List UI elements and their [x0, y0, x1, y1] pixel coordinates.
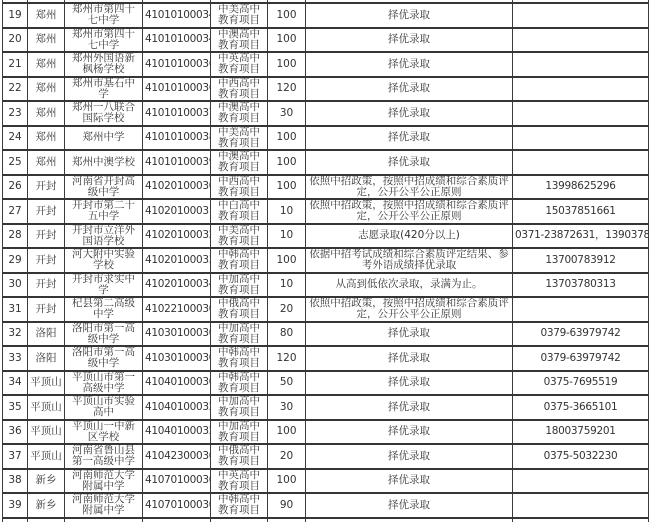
cell-city: 开封: [28, 224, 65, 249]
cell-school: 郑州中学: [65, 126, 143, 151]
cell-program: 中英高中教育项目: [211, 52, 268, 77]
partial-cell: [143, 518, 211, 522]
table-row: 32洛阳洛阳市第一高级中学410301000301中加高中教育项目80择优录取0…: [3, 322, 649, 347]
cell-policy: 择优录取: [306, 493, 513, 518]
cell-city: 开封: [28, 175, 65, 200]
cell-city: 开封: [28, 297, 65, 322]
partial-row-bottom: [3, 518, 649, 522]
cell-school: 开封市求实中学: [65, 273, 143, 298]
cell-policy: 依照中招政策，按照中招成绩和综合素质评定，公开公平公正原则: [306, 199, 513, 224]
cell-city: 洛阳: [28, 322, 65, 347]
cell-program: 中西高中教育项目: [211, 77, 268, 102]
cell-count: 100: [268, 469, 306, 494]
table-row: 27开封开封市第二十五中学410201000316中白高中教育项目10依照中招政…: [3, 199, 649, 224]
cell-city: 新乡: [28, 469, 65, 494]
table-row: 30开封开封市求实中学410201000349中加高中教育项目10从高到低依次录…: [3, 273, 649, 298]
cell-policy: 择优录取: [306, 52, 513, 77]
cell-policy: 志愿录取(420分以上): [306, 224, 513, 249]
cell-count: 10: [268, 199, 306, 224]
cell-city: 开封: [28, 273, 65, 298]
cell-phone: 0371-23872631，13903785228: [513, 224, 649, 249]
cell-phone: 13700783912: [513, 248, 649, 273]
cell-count: 80: [268, 322, 306, 347]
cell-phone: [513, 28, 649, 53]
cell-city: 平顶山: [28, 395, 65, 420]
cell-phone: [513, 150, 649, 175]
cell-count: 20: [268, 444, 306, 469]
cell-program: 中白高中教育项目: [211, 199, 268, 224]
cell-program: 中澳高中教育项目: [211, 28, 268, 53]
cell-school: 平顶山市实验高中: [65, 395, 143, 420]
cell-code: 410201000302: [143, 175, 211, 200]
cell-policy: 依照中招政策，按照中招成绩和综合素质评定，公开公平公正原则: [306, 175, 513, 200]
table-row: 38新乡河南师范大学附属中学410701000301中英高中教育项目100择优录…: [3, 469, 649, 494]
table-row: 26开封河南省开封高级中学410201000302中西高中教育项目100依照中招…: [3, 175, 649, 200]
cell-school: 平顶山一中新区学校: [65, 420, 143, 445]
cell-policy: 择优录取: [306, 444, 513, 469]
cell-program: 中俄高中教育项目: [211, 297, 268, 322]
table-row: 20郑州郑州市第四十七中学410101000347中澳高中教育项目100择优录取: [3, 28, 649, 53]
cell-policy: 择优录取: [306, 371, 513, 396]
cell-school: 河南师范大学附属中学: [65, 469, 143, 494]
partial-cell: [513, 518, 649, 522]
table-row: 29开封河大附中实验学校410201000330中韩高中教育项目100依据中招考…: [3, 248, 649, 273]
cell-program: 中美高中教育项目: [211, 224, 268, 249]
cell-policy: 择优录取: [306, 28, 513, 53]
table-row: 33洛阳洛阳市第一高级中学410301000301中韩高中教育项目120择优录取…: [3, 346, 649, 371]
cell-school: 河大附中实验学校: [65, 248, 143, 273]
table-row: 23郑州郑州一八联合国际学校410101000371中澳高中教育项目30择优录取: [3, 101, 649, 126]
cell-city: 郑州: [28, 101, 65, 126]
cell-count: 100: [268, 150, 306, 175]
cell-school: 河南省鲁山县第一高级中学: [65, 444, 143, 469]
cell-program: 中俄高中教育项目: [211, 444, 268, 469]
cell-no: 22: [3, 77, 28, 102]
partial-cell: [3, 518, 28, 522]
cell-no: 25: [3, 150, 28, 175]
cell-city: 郑州: [28, 3, 65, 28]
cell-phone: [513, 297, 649, 322]
cell-code: 410221000302: [143, 297, 211, 322]
cell-phone: [513, 126, 649, 151]
cell-no: 36: [3, 420, 28, 445]
cell-code: 410101000360: [143, 52, 211, 77]
cell-no: 33: [3, 346, 28, 371]
cell-code: 410201000330: [143, 248, 211, 273]
cell-program: 中加高中教育项目: [211, 273, 268, 298]
table-row: 22郑州郑州市基石中学410101000366中西高中教育项目120择优录取: [3, 77, 649, 102]
cell-policy: 从高到低依次录取，录满为止。: [306, 273, 513, 298]
cell-count: 30: [268, 101, 306, 126]
cell-code: 410401000302: [143, 371, 211, 396]
cell-count: 100: [268, 52, 306, 77]
cell-no: 24: [3, 126, 28, 151]
cell-code: 410401000320: [143, 395, 211, 420]
cell-code: 410101000347: [143, 3, 211, 28]
cell-program: 中美高中教育项目: [211, 3, 268, 28]
cell-phone: 18003759201: [513, 420, 649, 445]
cell-policy: 择优录取: [306, 150, 513, 175]
cell-code: 410201000327: [143, 224, 211, 249]
cell-phone: [513, 52, 649, 77]
cell-no: 39: [3, 493, 28, 518]
cell-city: 郑州: [28, 52, 65, 77]
cell-phone: 0375-5032230: [513, 444, 649, 469]
cell-code: 410101000381: [143, 126, 211, 151]
cell-program: 中美高中教育项目: [211, 126, 268, 151]
cell-program: 中澳高中教育项目: [211, 101, 268, 126]
cell-phone: [513, 493, 649, 518]
cell-count: 20: [268, 297, 306, 322]
cell-school: 郑州市基石中学: [65, 77, 143, 102]
cell-no: 21: [3, 52, 28, 77]
cell-school: 郑州市第四十七中学: [65, 28, 143, 53]
table-row: 31开封杞县第二高级中学410221000302中俄高中教育项目20依照中招政策…: [3, 297, 649, 322]
cell-no: 23: [3, 101, 28, 126]
cell-count: 100: [268, 248, 306, 273]
cell-code: 410301000301: [143, 322, 211, 347]
cell-count: 120: [268, 346, 306, 371]
cell-program: 中西高中教育项目: [211, 175, 268, 200]
cell-program: 中韩高中教育项目: [211, 493, 268, 518]
cell-school: 开封市第二十五中学: [65, 199, 143, 224]
cell-city: 新乡: [28, 493, 65, 518]
cell-phone: [513, 3, 649, 28]
cell-school: 郑州外国语新枫杨学校: [65, 52, 143, 77]
cell-phone: [513, 469, 649, 494]
cell-phone: 13703780313: [513, 273, 649, 298]
cell-count: 120: [268, 77, 306, 102]
cell-no: 19: [3, 3, 28, 28]
cell-no: 27: [3, 199, 28, 224]
cell-code: 410201000349: [143, 273, 211, 298]
cell-phone: 0379-63979742: [513, 346, 649, 371]
cell-no: 26: [3, 175, 28, 200]
cell-code: 410101000347: [143, 28, 211, 53]
table-row: 28开封开封市立洋外国语学校410201000327中美高中教育项目10志愿录取…: [3, 224, 649, 249]
cell-program: 中加高中教育项目: [211, 420, 268, 445]
cell-no: 28: [3, 224, 28, 249]
cell-school: 郑州一八联合国际学校: [65, 101, 143, 126]
partial-cell: [65, 518, 143, 522]
cell-count: 100: [268, 126, 306, 151]
table-row: 24郑州郑州中学410101000381中美高中教育项目100择优录取: [3, 126, 649, 151]
cell-policy: 择优录取: [306, 322, 513, 347]
cell-phone: 13998625296: [513, 175, 649, 200]
partial-cell: [211, 518, 268, 522]
cell-program: 中英高中教育项目: [211, 469, 268, 494]
cell-policy: 择优录取: [306, 3, 513, 28]
cell-code: 410423000301: [143, 444, 211, 469]
cell-city: 郑州: [28, 28, 65, 53]
cell-phone: 15037851661: [513, 199, 649, 224]
cell-policy: 依据中招考试成绩和综合素质评定结果、参考外语成绩择优录取: [306, 248, 513, 273]
cell-policy: 择优录取: [306, 101, 513, 126]
partial-cell: [268, 518, 306, 522]
cell-policy: 择优录取: [306, 469, 513, 494]
cell-city: 平顶山: [28, 420, 65, 445]
cell-count: 100: [268, 28, 306, 53]
table-row: 39新乡河南师范大学附属中学410701000301中韩高中教育项目90择优录取: [3, 493, 649, 518]
cell-policy: 择优录取: [306, 346, 513, 371]
cell-code: 410701000301: [143, 493, 211, 518]
cell-phone: [513, 77, 649, 102]
partial-cell: [28, 518, 65, 522]
cell-count: 10: [268, 224, 306, 249]
cell-count: 100: [268, 175, 306, 200]
cell-count: 30: [268, 395, 306, 420]
cell-program: 中澳高中教育项目: [211, 150, 268, 175]
cell-city: 郑州: [28, 77, 65, 102]
admission-table: 19郑州郑州市第四十七中学410101000347中美高中教育项目100择优录取…: [2, 0, 649, 522]
cell-school: 郑州中澳学校: [65, 150, 143, 175]
cell-school: 开封市立洋外国语学校: [65, 224, 143, 249]
cell-count: 100: [268, 420, 306, 445]
cell-code: 410101000397: [143, 150, 211, 175]
cell-count: 50: [268, 371, 306, 396]
cell-phone: 0379-63979742: [513, 322, 649, 347]
cell-policy: 择优录取: [306, 395, 513, 420]
cell-school: 河南省开封高级中学: [65, 175, 143, 200]
cell-code: 410101000371: [143, 101, 211, 126]
cell-school: 洛阳市第一高级中学: [65, 346, 143, 371]
cell-program: 中加高中教育项目: [211, 395, 268, 420]
document-page: 19郑州郑州市第四十七中学410101000347中美高中教育项目100择优录取…: [0, 0, 650, 526]
cell-school: 杞县第二高级中学: [65, 297, 143, 322]
cell-city: 平顶山: [28, 371, 65, 396]
cell-no: 35: [3, 395, 28, 420]
table-row: 34平顶山平顶山市第一高级中学410401000302中韩高中教育项目50择优录…: [3, 371, 649, 396]
cell-phone: 0375-3665101: [513, 395, 649, 420]
table-row: 35平顶山平顶山市实验高中410401000320中加高中教育项目30择优录取0…: [3, 395, 649, 420]
cell-program: 中韩高中教育项目: [211, 371, 268, 396]
table-row: 21郑州郑州外国语新枫杨学校410101000360中英高中教育项目100择优录…: [3, 52, 649, 77]
cell-code: 410401000322: [143, 420, 211, 445]
cell-no: 32: [3, 322, 28, 347]
cell-no: 34: [3, 371, 28, 396]
cell-no: 30: [3, 273, 28, 298]
table-row: 36平顶山平顶山一中新区学校410401000322中加高中教育项目100择优录…: [3, 420, 649, 445]
table-row: 25郑州郑州中澳学校410101000397中澳高中教育项目100择优录取: [3, 150, 649, 175]
cell-program: 中韩高中教育项目: [211, 346, 268, 371]
cell-no: 37: [3, 444, 28, 469]
cell-no: 38: [3, 469, 28, 494]
cell-count: 10: [268, 273, 306, 298]
cell-code: 410201000316: [143, 199, 211, 224]
cell-count: 90: [268, 493, 306, 518]
cell-count: 100: [268, 3, 306, 28]
cell-phone: 0375-7695519: [513, 371, 649, 396]
cell-city: 平顶山: [28, 444, 65, 469]
cell-policy: 依照中招政策，按照中招成绩和综合素质评定，公开公平公正原则: [306, 297, 513, 322]
cell-city: 洛阳: [28, 346, 65, 371]
cell-policy: 择优录取: [306, 420, 513, 445]
cell-school: 河南师范大学附属中学: [65, 493, 143, 518]
cell-program: 中韩高中教育项目: [211, 248, 268, 273]
cell-no: 20: [3, 28, 28, 53]
cell-policy: 择优录取: [306, 126, 513, 151]
cell-code: 410301000301: [143, 346, 211, 371]
cell-policy: 择优录取: [306, 77, 513, 102]
cell-code: 410101000366: [143, 77, 211, 102]
cell-city: 郑州: [28, 150, 65, 175]
table-row: 37平顶山河南省鲁山县第一高级中学410423000301中俄高中教育项目20择…: [3, 444, 649, 469]
cell-city: 郑州: [28, 126, 65, 151]
cell-no: 29: [3, 248, 28, 273]
cell-program: 中加高中教育项目: [211, 322, 268, 347]
cell-school: 郑州市第四十七中学: [65, 3, 143, 28]
cell-city: 开封: [28, 199, 65, 224]
table-row: 19郑州郑州市第四十七中学410101000347中美高中教育项目100择优录取: [3, 3, 649, 28]
cell-school: 平顶山市第一高级中学: [65, 371, 143, 396]
cell-city: 开封: [28, 248, 65, 273]
cell-no: 31: [3, 297, 28, 322]
cell-code: 410701000301: [143, 469, 211, 494]
cell-phone: [513, 101, 649, 126]
cell-school: 洛阳市第一高级中学: [65, 322, 143, 347]
partial-cell: [306, 518, 513, 522]
